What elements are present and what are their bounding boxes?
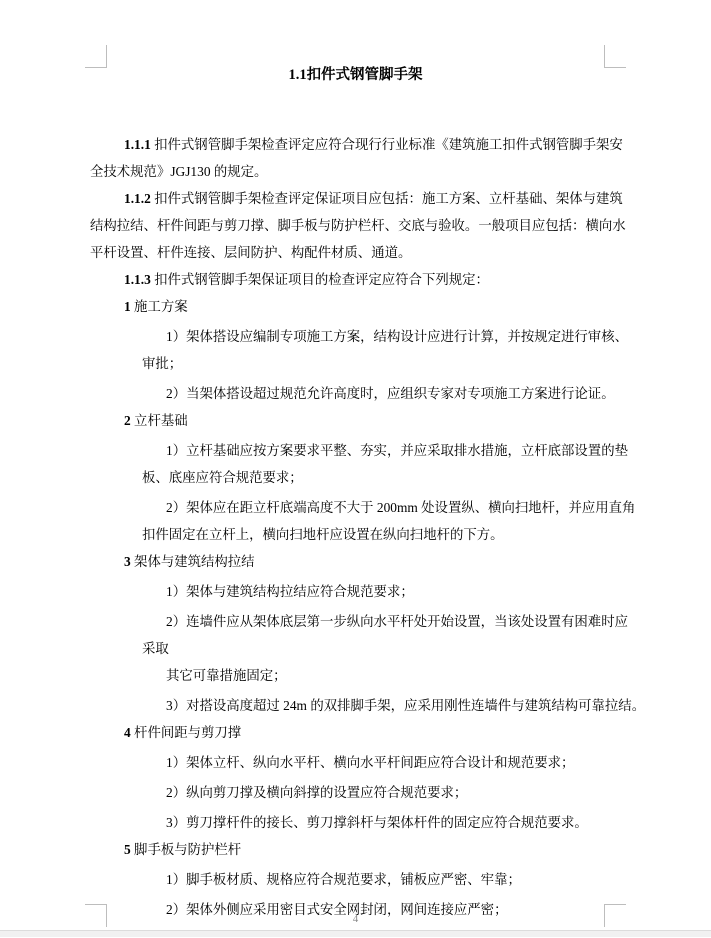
- text-line: 3 架体与建筑结构拉结: [90, 548, 711, 575]
- text-line: 1）立杆基础应按方案要求平整、夯实，并应采取排水措施，立杆底部设置的垫: [90, 437, 711, 464]
- text-line: 板、底座应符合规范要求；: [90, 464, 711, 491]
- text-line: 结构拉结、杆件间距与剪刀撑、脚手板与防护栏杆、交底与验收。一般项目应包括：横向水: [90, 212, 711, 239]
- text-line: 2）架体应在距立杆底端高度不大于 200mm 处设置纵、横向扫地杆，并应用直角: [90, 494, 711, 521]
- clause-number: 1.1.3: [124, 272, 151, 287]
- clause-number: 5: [124, 842, 131, 857]
- text-line: 3）剪刀撑杆件的接长、剪刀撑斜杆与架体杆件的固定应符合规范要求。: [90, 809, 711, 836]
- clause-number: 1: [124, 299, 131, 314]
- clause-number: 2: [124, 413, 131, 428]
- text-line: 4 杆件间距与剪刀撑: [90, 719, 711, 746]
- text-line: 平杆设置、杆件连接、层间防护、构配件材质、通道。: [90, 239, 711, 266]
- clause-number: 1.1.1: [124, 137, 151, 152]
- text-line: 2 立杆基础: [90, 407, 711, 434]
- page-title: 1.1扣件式钢管脚手架: [0, 0, 711, 84]
- text-line: 2）纵向剪刀撑及横向斜撑的设置应符合规范要求；: [90, 779, 711, 806]
- crop-mark-top-left: [85, 45, 107, 68]
- text-line: 扣件固定在立杆上，横向扫地杆应设置在纵向扫地杆的下方。: [90, 521, 711, 548]
- document-body: 1.1.1 扣件式钢管脚手架检查评定应符合现行行业标准《建筑施工扣件式钢管脚手架…: [0, 131, 711, 923]
- text-line: 1）架体搭设应编制专项施工方案，结构设计应进行计算，并按规定进行审核、: [90, 323, 711, 350]
- text-line: 1）脚手板材质、规格应符合规范要求，铺板应严密、牢靠；: [90, 866, 711, 893]
- page-bottom-gap: [0, 931, 711, 937]
- text-line: 1.1.1 扣件式钢管脚手架检查评定应符合现行行业标准《建筑施工扣件式钢管脚手架…: [90, 131, 711, 158]
- text-line: 2）当架体搭设超过规范允许高度时，应组织专家对专项施工方案进行论证。: [90, 380, 711, 407]
- clause-number: 3: [124, 554, 131, 569]
- page-number: 4: [0, 913, 711, 926]
- crop-mark-top-right: [604, 45, 626, 68]
- clause-number: 1.1.2: [124, 191, 151, 206]
- text-line: 审批；: [90, 350, 711, 377]
- text-line: 1.1.3 扣件式钢管脚手架保证项目的检查评定应符合下列规定：: [90, 266, 711, 293]
- text-line: 5 脚手板与防护栏杆: [90, 836, 711, 863]
- document-page: 1.1扣件式钢管脚手架 1.1.1 扣件式钢管脚手架检查评定应符合现行行业标准《…: [0, 0, 711, 931]
- text-line: 1 施工方案: [90, 293, 711, 320]
- clause-number: 4: [124, 725, 131, 740]
- text-line: 3）对搭设高度超过 24m 的双排脚手架，应采用刚性连墙件与建筑结构可靠拉结。: [90, 692, 711, 719]
- text-line: 2）连墙件应从架体底层第一步纵向水平杆处开始设置，当该处设置有困难时应: [90, 608, 711, 635]
- text-line: 采取: [90, 635, 711, 662]
- text-line: 1）架体立杆、纵向水平杆、横向水平杆间距应符合设计和规范要求；: [90, 749, 711, 776]
- text-line: 其它可靠措施固定；: [90, 662, 711, 689]
- text-line: 全技术规范》JGJ130 的规定。: [90, 158, 711, 185]
- text-line: 1.1.2 扣件式钢管脚手架检查评定保证项目应包括：施工方案、立杆基础、架体与建…: [90, 185, 711, 212]
- text-line: 1）架体与建筑结构拉结应符合规范要求；: [90, 578, 711, 605]
